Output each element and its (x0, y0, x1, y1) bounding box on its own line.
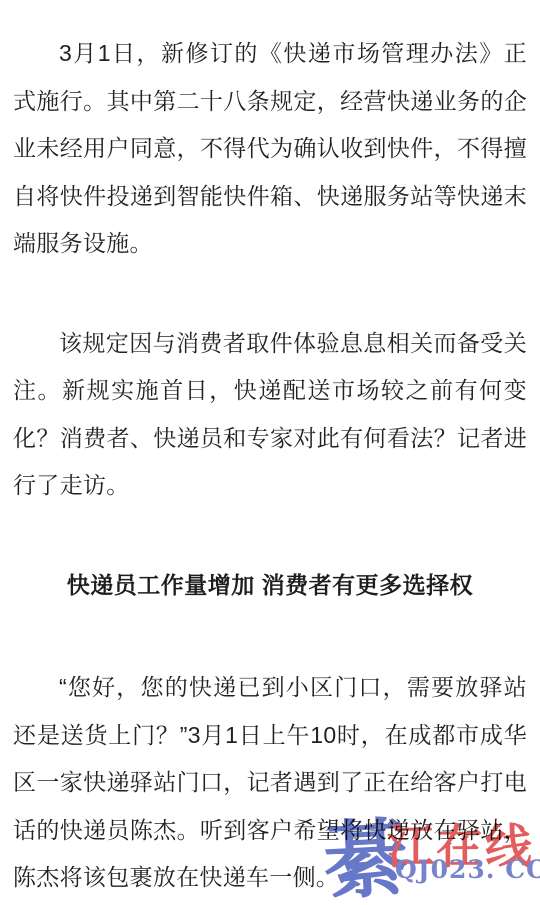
paragraph-3: “您好，您的快递已到小区门口，需要放驿站还是送货上门？”3月1日上午10时，在成… (13, 664, 527, 902)
article-body: 3月1日，新修订的《快递市场管理办法》正式施行。其中第二十八条规定，经营快递业务… (0, 0, 540, 902)
section-heading: 快递员工作量增加 消费者有更多选择权 (13, 562, 527, 610)
paragraph-1: 3月1日，新修订的《快递市场管理办法》正式施行。其中第二十八条规定，经营快递业务… (13, 30, 527, 268)
paragraph-2: 该规定因与消费者取件体验息息相关而备受关注。新规实施首日，快递配送市场较之前有何… (13, 320, 527, 510)
